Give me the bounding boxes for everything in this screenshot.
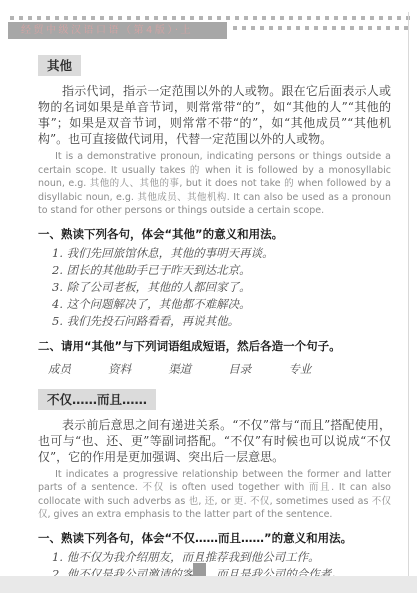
section-title-bujin-erqie: 不仅……而且…… (38, 389, 156, 410)
list-item: 1. 他不仅为我介绍朋友，而且推荐我到他公司工作。 (38, 549, 391, 566)
section2-exercise1-heading: 一、熟读下列各句，体会“不仅……而且……”的意义和用法。 (38, 531, 391, 546)
section2-english-explanation: It indicates a progressive relationship … (38, 468, 391, 522)
word-item: 目录 (228, 361, 251, 377)
section1-english-explanation: It is a demonstrative pronoun, indicatin… (38, 150, 391, 218)
list-item: 4. 这个问题解决了，其他都不难解决。 (38, 296, 391, 313)
section1-exercise2-heading: 二、请用“其他”与下列词语组成短语，然后各造一个句子。 (38, 339, 391, 354)
list-item: 2. 团长的其他助手已于昨天到达北京。 (38, 262, 391, 279)
page-scan-edge (408, 12, 409, 577)
list-item: 5. 我们先投石问路看看，再说其他。 (38, 313, 391, 330)
section1-exercise1-heading: 一、熟读下列各句，体会“其他”的意义和用法。 (38, 227, 391, 242)
book-title-bar: 经贸中级汉语口语（第4版）·上 (8, 22, 227, 39)
section1-exercise2-words: 成员 资料 渠道 目录 专业 (38, 358, 391, 377)
word-item: 资料 (108, 361, 131, 377)
perforation-dots-right (233, 26, 410, 30)
section1-chinese-explanation: 指示代词，指示一定范围以外的人或物。跟在它后面表示人或物的名词如果是单音节词，则… (38, 83, 391, 147)
section-title-qita: 其他 (38, 55, 81, 76)
page-bottom-edge (0, 576, 417, 593)
section2-chinese-explanation: 表示前后意思之间有递进关系。“不仅”常与“而且”搭配使用，也可与“也、还、更”等… (38, 417, 391, 465)
perforation-dots-top (10, 16, 410, 20)
page-content: 其他 指示代词，指示一定范围以外的人或物。跟在它后面表示人或物的名词如果是单音节… (38, 55, 391, 583)
word-item: 专业 (288, 361, 311, 377)
list-item: 1. 我们先回旅馆休息，其他的事明天再谈。 (38, 245, 391, 262)
list-item: 3. 除了公司老板，其他的人都回家了。 (38, 279, 391, 296)
section1-exercise1-list: 1. 我们先回旅馆休息，其他的事明天再谈。 2. 团长的其他助手已于昨天到达北京… (38, 245, 391, 330)
textbook-page: 经贸中级汉语口语（第4版）·上 其他 指示代词，指示一定范围以外的人或物。跟在它… (0, 0, 417, 593)
word-item: 渠道 (168, 361, 191, 377)
page-number: 6 (193, 551, 207, 562)
word-item: 成员 (48, 361, 71, 377)
